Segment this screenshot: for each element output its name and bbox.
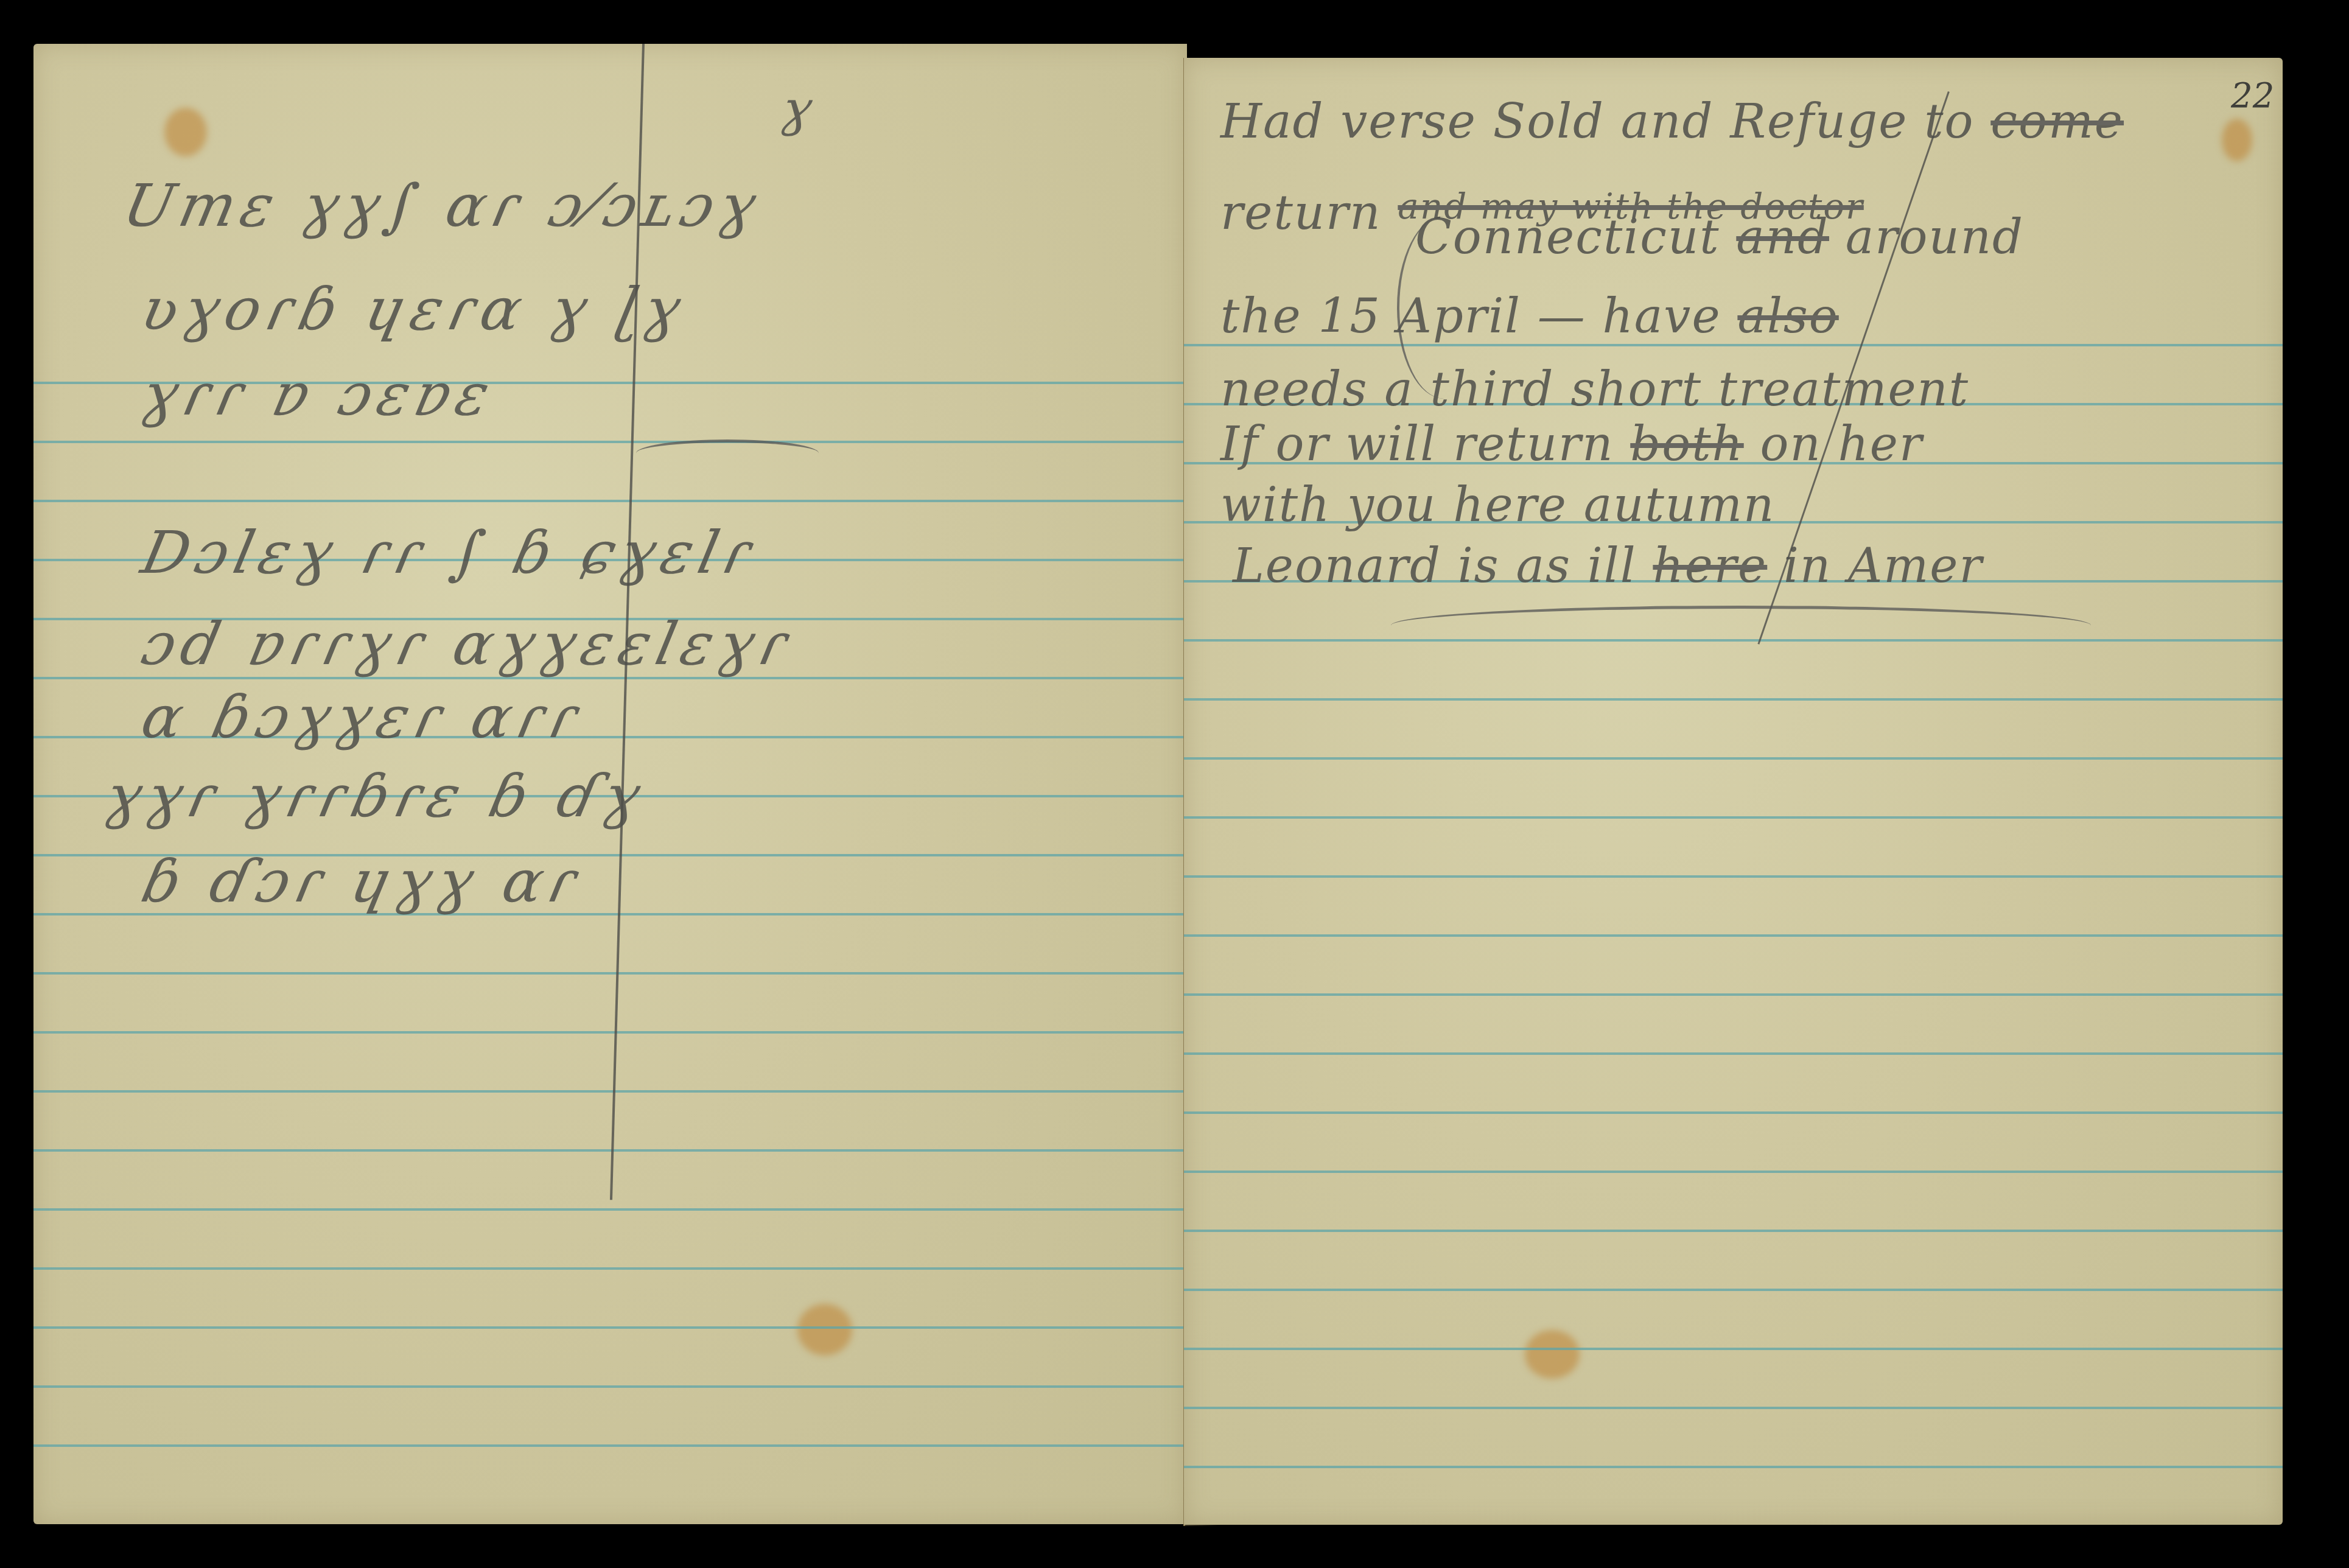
ruled-line bbox=[1184, 1111, 2283, 1114]
ruled-line bbox=[1184, 934, 2283, 937]
ruled-line bbox=[1184, 1289, 2283, 1291]
ruled-line bbox=[33, 441, 1187, 443]
line-text-after: on her bbox=[1760, 417, 1924, 472]
ruled-line bbox=[33, 1385, 1187, 1388]
ruled-line bbox=[1184, 1052, 2283, 1055]
ruled-line bbox=[33, 1031, 1187, 1034]
struck-text: here bbox=[1653, 539, 1767, 593]
ruled-line bbox=[33, 1090, 1187, 1093]
handwritten-line: needs a third short treatment bbox=[1220, 362, 1969, 417]
handwritten-line: Had verse Sold and Refuge to come bbox=[1220, 94, 2124, 149]
line-text: Leonard is as ill bbox=[1233, 539, 1637, 593]
handwritten-line: Leonard is as ill here in Amer bbox=[1233, 539, 1983, 593]
line-text: If or will return bbox=[1220, 417, 1614, 472]
foxing-stain bbox=[1525, 1330, 1580, 1379]
line-text-after: around bbox=[1846, 210, 2024, 265]
handwritten-line: If or will return both on her bbox=[1220, 417, 1923, 472]
right-notebook-page: 22 Had verse Sold and Refuge to come ret… bbox=[1184, 58, 2283, 1525]
shorthand-line: Dɔlɛɣ ɾɾ ∫ ɓ ɕɣɛlɾ bbox=[136, 519, 764, 587]
ruled-line bbox=[1184, 875, 2283, 878]
bracket-curve bbox=[1397, 216, 1491, 399]
struck-text: and bbox=[1736, 210, 1829, 265]
handwritten-line: Connecticut and around bbox=[1415, 210, 2024, 265]
shorthand-line: ɣɾɾ ɐ ɔɛɐɛ bbox=[136, 360, 502, 429]
shorthand-line: ɔd ɐɾɾɣɾ ɑɣɣɛɛlɛɣɾ bbox=[136, 610, 800, 678]
ruled-line bbox=[1184, 1466, 2283, 1468]
page-number: 22 bbox=[2231, 76, 2274, 116]
line-text: Had verse Sold and Refuge to bbox=[1220, 94, 1974, 149]
foxing-stain bbox=[797, 1304, 852, 1356]
pencil-underline bbox=[636, 439, 819, 467]
ruled-line bbox=[33, 1208, 1187, 1211]
shorthand-line: Umɛ ɣɣ∫ ɑɾ ɔ⁄ɔʟɔɣ bbox=[117, 172, 768, 240]
ruled-line bbox=[33, 1444, 1187, 1447]
handwritten-line: the 15 April — have also bbox=[1220, 289, 1839, 344]
ruled-line bbox=[33, 1267, 1187, 1270]
foxing-stain bbox=[164, 108, 207, 156]
ruled-line bbox=[1184, 698, 2283, 701]
line-text: with you here autumn bbox=[1220, 478, 1775, 533]
ruled-line bbox=[1184, 1407, 2283, 1409]
ruled-line bbox=[1184, 993, 2283, 996]
shorthand-line: ɑ ɓɔɣɣɛɾ ɑɾɾ bbox=[136, 683, 590, 751]
ruled-line bbox=[1184, 1230, 2283, 1232]
ruled-line bbox=[1184, 344, 2283, 346]
shorthand-line: ʋɣoɾɓ ɥɛɾɑ ɣ ɭɣ bbox=[136, 275, 693, 343]
ruled-line bbox=[1184, 816, 2283, 819]
line-text: needs a third short treatment bbox=[1220, 362, 1969, 417]
struck-text: both bbox=[1630, 417, 1743, 472]
ruled-line bbox=[33, 1326, 1187, 1329]
pencil-underline bbox=[1391, 606, 2091, 645]
ruled-line bbox=[33, 972, 1187, 975]
handwritten-line: with you here autumn bbox=[1220, 478, 1775, 533]
ruled-line bbox=[1184, 1171, 2283, 1173]
struck-text: come bbox=[1990, 94, 2124, 149]
shorthand-line: ɣɣɾ ɣɾɾɓɾɛ ɓ ɗɣ bbox=[99, 762, 653, 830]
line-text-after: in Amer bbox=[1784, 539, 1983, 593]
left-notebook-page: ɣ Umɛ ɣɣ∫ ɑɾ ɔ⁄ɔʟɔɣ ʋɣoɾɓ ɥɛɾɑ ɣ ɭɣ ɣɾɾ … bbox=[33, 44, 1187, 1524]
line-text: return bbox=[1220, 186, 1382, 240]
struck-text: also bbox=[1737, 289, 1838, 344]
shorthand-line: ɓ ɗɔɾ ɥɣɣ ɑɾ bbox=[136, 847, 589, 915]
shorthand-line: ɣ bbox=[776, 80, 824, 137]
ruled-line bbox=[1184, 757, 2283, 760]
ruled-line bbox=[1184, 1348, 2283, 1350]
ruled-line bbox=[33, 500, 1187, 502]
ruled-line bbox=[33, 1149, 1187, 1152]
foxing-stain bbox=[2222, 119, 2252, 161]
